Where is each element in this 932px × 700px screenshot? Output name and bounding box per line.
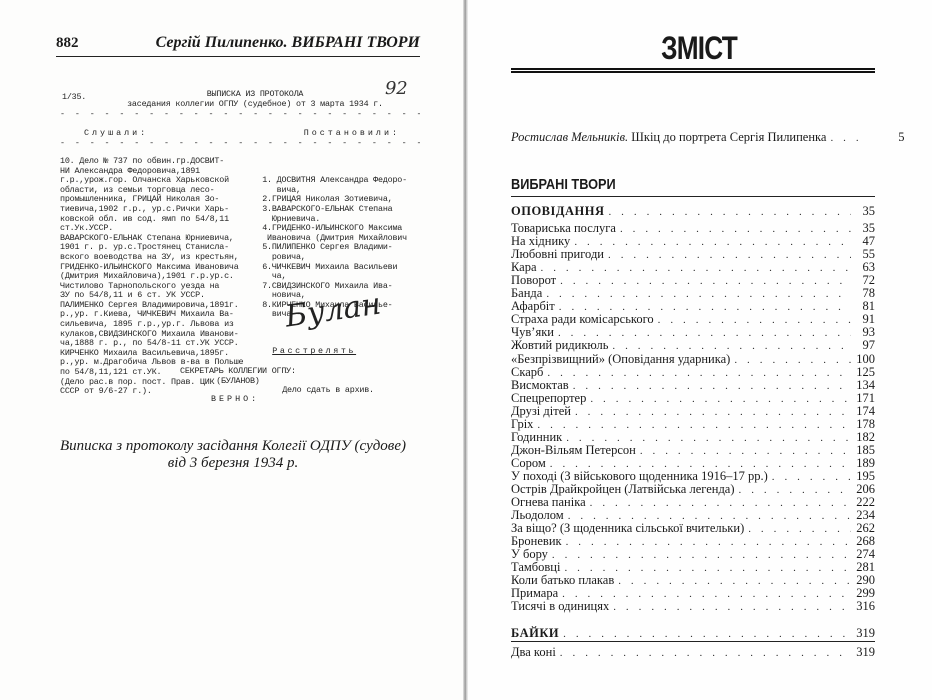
group-heading-label: БАЙКИ bbox=[511, 626, 559, 641]
archival-document-facsimile: 1/35. 92 ВЫПИСКА ИЗ ПРОТОКОЛА заседания … bbox=[60, 90, 420, 415]
dot-leader bbox=[608, 206, 851, 218]
toc-group-heading[interactable]: БАЙКИ319 bbox=[511, 626, 875, 641]
book-gutter bbox=[463, 0, 468, 700]
toc-entry[interactable]: Тисячі в одиницях316 bbox=[511, 599, 875, 614]
toc-entry[interactable]: Два коні319 bbox=[511, 645, 875, 660]
dashed-divider: - - - - - - - - - - - - - - - - - - - - … bbox=[60, 139, 420, 149]
section-rule bbox=[511, 196, 875, 197]
secretary-block: СЕКРЕТАРЬ КОЛЛЕГИИ ОГПУ: (БУЛАНОВ) bbox=[180, 367, 296, 386]
intro-author: Ростислав Мельників. bbox=[511, 130, 628, 144]
title-double-rule bbox=[511, 68, 875, 73]
page-number: 882 bbox=[56, 35, 79, 52]
group-rule bbox=[511, 641, 875, 642]
group-page: 35 bbox=[855, 204, 875, 219]
entry-title: Тисячі в одиницях bbox=[511, 599, 609, 614]
handwritten-number: 92 bbox=[385, 84, 408, 94]
verno-label: ВЕРНО: bbox=[211, 395, 259, 405]
caption-line1: Виписка з протоколу засідання Колегії ОД… bbox=[40, 438, 426, 455]
figure-caption: Виписка з протоколу засідання Колегії ОД… bbox=[40, 438, 426, 472]
dot-leader bbox=[563, 628, 851, 640]
toc-title: ЗМІСТ bbox=[508, 30, 890, 67]
intro-title: Шкіц до портрета Сергія Пилипенка bbox=[628, 130, 826, 144]
archive-note: Дело сдать в архив. bbox=[262, 386, 420, 396]
right-page: ЗМІСТ Ростислав Мельників. Шкіц до портр… bbox=[466, 0, 932, 700]
section-title: ВИБРАНІ ТВОРИ bbox=[511, 176, 616, 193]
dot-leader bbox=[830, 132, 866, 144]
toc-group-heading[interactable]: ОПОВІДАННЯ35 bbox=[511, 204, 875, 219]
column-headings: Слушали: Постановили: bbox=[60, 120, 420, 139]
running-head: 882 Сергій Пилипенко. ВИБРАНІ ТВОРИ bbox=[56, 34, 420, 57]
heading-heard: Слушали: bbox=[84, 129, 148, 139]
group-page: 319 bbox=[855, 626, 875, 641]
caption-line2: від 3 березня 1934 р. bbox=[40, 455, 426, 472]
left-page: 882 Сергій Пилипенко. ВИБРАНІ ТВОРИ 1/35… bbox=[0, 0, 466, 700]
entry-page: 319 bbox=[855, 645, 875, 660]
document-reference: 1/35. bbox=[62, 93, 86, 103]
secretary-name: (БУЛАНОВ) bbox=[180, 377, 296, 387]
verdict: Расстрелять bbox=[262, 347, 420, 357]
dashed-divider: - - - - - - - - - - - - - - - - - - - - … bbox=[60, 110, 420, 120]
dot-leader bbox=[560, 647, 851, 659]
dot-leader bbox=[613, 601, 851, 613]
running-title: Сергій Пилипенко. ВИБРАНІ ТВОРИ bbox=[156, 34, 420, 52]
entry-page: 316 bbox=[855, 599, 875, 614]
toc-intro-entry[interactable]: Ростислав Мельників. Шкіц до портрета Се… bbox=[511, 130, 875, 145]
entry-title: Два коні bbox=[511, 645, 556, 660]
intro-page: 5 bbox=[884, 130, 904, 145]
book-spread: 882 Сергій Пилипенко. ВИБРАНІ ТВОРИ 1/35… bbox=[0, 0, 932, 700]
group-heading-label: ОПОВІДАННЯ bbox=[511, 204, 604, 219]
heading-resolved: Постановили: bbox=[304, 129, 400, 139]
document-title-line2: заседания коллегии ОГПУ (судебное) от 3 … bbox=[90, 100, 420, 110]
